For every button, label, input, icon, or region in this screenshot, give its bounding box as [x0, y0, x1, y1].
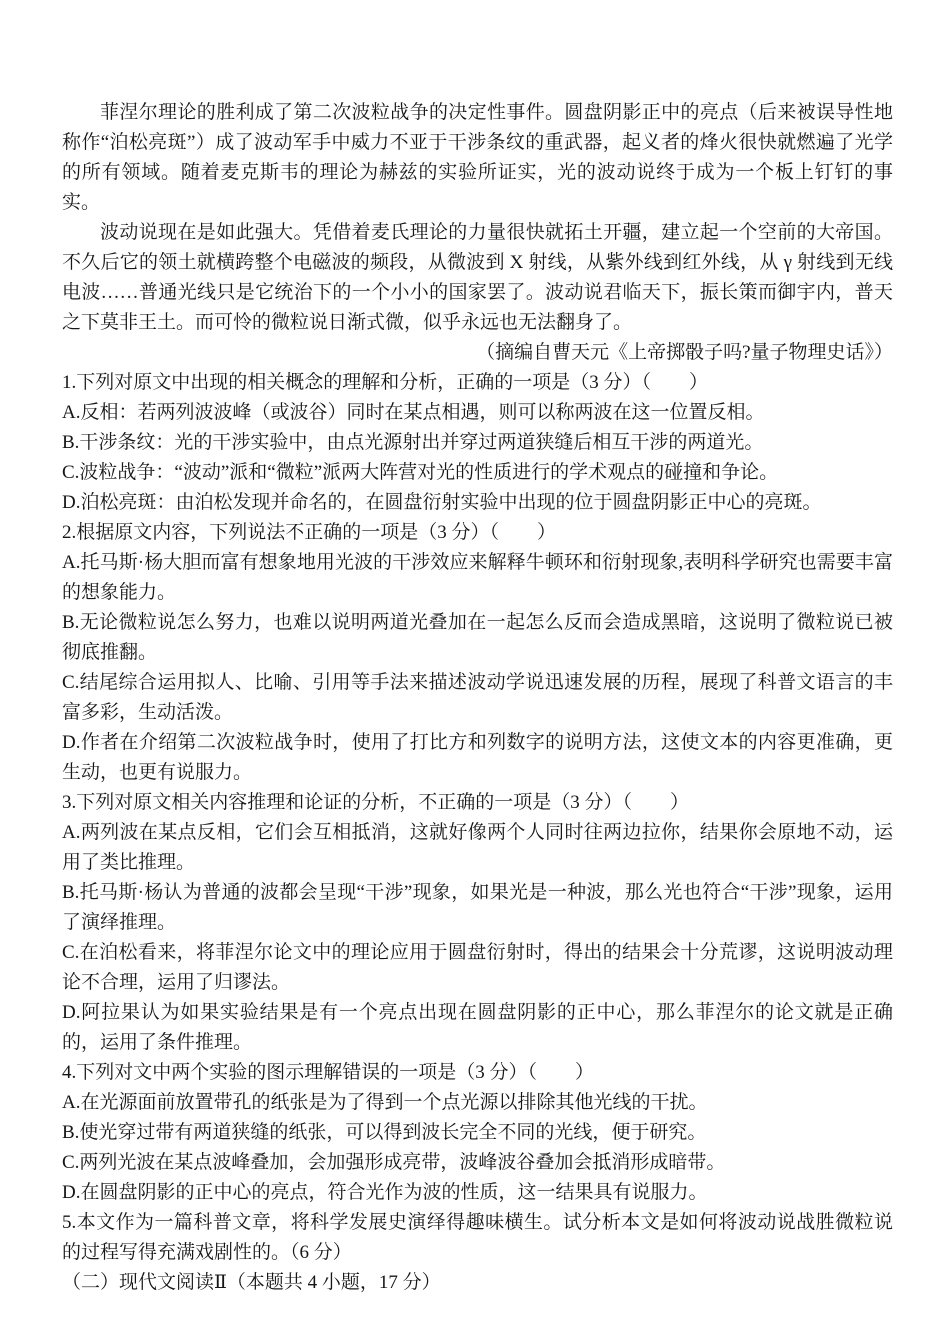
- article-paragraph-1: 菲涅尔理论的胜利成了第二次波粒战争的决定性事件。圆盘阴影正中的亮点（后来被误导性…: [62, 98, 893, 218]
- question-5: 5.本文作为一篇科普文章，将科学发展史演绎得趣味横生。试分析本文是如何将波动说战…: [62, 1208, 893, 1268]
- question-stem: 1.下列对原文中出现的相关概念的理解和分析，正确的一项是（3 分）（ ）: [62, 368, 893, 398]
- question-option: C.在泊松看来，将菲涅尔论文中的理论应用于圆盘衍射时，得出的结果会十分荒谬，这说…: [62, 938, 893, 998]
- question-option: B.干涉条纹：光的干涉实验中，由点光源射出并穿过两道狭缝后相互干涉的两道光。: [62, 428, 893, 458]
- question-option: B.使光穿过带有两道狭缝的纸张，可以得到波长完全不同的光线，便于研究。: [62, 1118, 893, 1148]
- question-option: C.波粒战争：“波动”派和“微粒”派两大阵营对光的性质进行的学术观点的碰撞和争论…: [62, 458, 893, 488]
- question-option: C.两列光波在某点波峰叠加，会加强形成亮带，波峰波谷叠加会抵消形成暗带。: [62, 1148, 893, 1178]
- question-option: B.托马斯·杨认为普通的波都会呈现“干涉”现象，如果光是一种波，那么光也符合“干…: [62, 878, 893, 938]
- article-attribution: （摘编自曹天元《上帝掷骰子吗?量子物理史话》）: [62, 338, 893, 368]
- article-paragraph-2: 波动说现在是如此强大。凭借着麦氏理论的力量很快就拓土开疆，建立起一个空前的大帝国…: [62, 218, 893, 338]
- question-option: D.作者在介绍第二次波粒战争时，使用了打比方和列数字的说明方法，这使文本的内容更…: [62, 728, 893, 788]
- question-option: B.无论微粒说怎么努力，也难以说明两道光叠加在一起怎么反而会造成黑暗，这说明了微…: [62, 608, 893, 668]
- question-option: A.托马斯·杨大胆而富有想象地用光波的干涉效应来解释牛顿环和衍射现象,表明科学研…: [62, 548, 893, 608]
- question-3: 3.下列对原文相关内容推理和论证的分析，不正确的一项是（3 分）（ ） A.两列…: [62, 788, 893, 1058]
- section-heading: （二）现代文阅读Ⅱ（本题共 4 小题，17 分）: [62, 1268, 893, 1298]
- question-stem: 3.下列对原文相关内容推理和论证的分析，不正确的一项是（3 分）（ ）: [62, 788, 893, 818]
- question-4: 4.下列对文中两个实验的图示理解错误的一项是（3 分）（ ） A.在光源面前放置…: [62, 1058, 893, 1208]
- question-stem: 4.下列对文中两个实验的图示理解错误的一项是（3 分）（ ）: [62, 1058, 893, 1088]
- question-stem: 2.根据原文内容，下列说法不正确的一项是（3 分）（ ）: [62, 518, 893, 548]
- question-2: 2.根据原文内容，下列说法不正确的一项是（3 分）（ ） A.托马斯·杨大胆而富…: [62, 518, 893, 788]
- question-option: C.结尾综合运用拟人、比喻、引用等手法来描述波动学说迅速发展的历程，展现了科普文…: [62, 668, 893, 728]
- question-1: 1.下列对原文中出现的相关概念的理解和分析，正确的一项是（3 分）（ ） A.反…: [62, 368, 893, 518]
- question-option: A.两列波在某点反相，它们会互相抵消，这就好像两个人同时往两边拉你，结果你会原地…: [62, 818, 893, 878]
- question-option: D.阿拉果认为如果实验结果是有一个亮点出现在圆盘阴影的正中心，那么菲涅尔的论文就…: [62, 998, 893, 1058]
- question-stem: 5.本文作为一篇科普文章，将科学发展史演绎得趣味横生。试分析本文是如何将波动说战…: [62, 1208, 893, 1268]
- question-option: D.在圆盘阴影的正中心的亮点，符合光作为波的性质，这一结果具有说服力。: [62, 1178, 893, 1208]
- question-option: D.泊松亮斑：由泊松发现并命名的，在圆盘衍射实验中出现的位于圆盘阴影正中心的亮斑…: [62, 488, 893, 518]
- exam-page: 菲涅尔理论的胜利成了第二次波粒战争的决定性事件。圆盘阴影正中的亮点（后来被误导性…: [0, 0, 950, 1344]
- question-option: A.反相：若两列波波峰（或波谷）同时在某点相遇，则可以称两波在这一位置反相。: [62, 398, 893, 428]
- question-option: A.在光源面前放置带孔的纸张是为了得到一个点光源以排除其他光线的干扰。: [62, 1088, 893, 1118]
